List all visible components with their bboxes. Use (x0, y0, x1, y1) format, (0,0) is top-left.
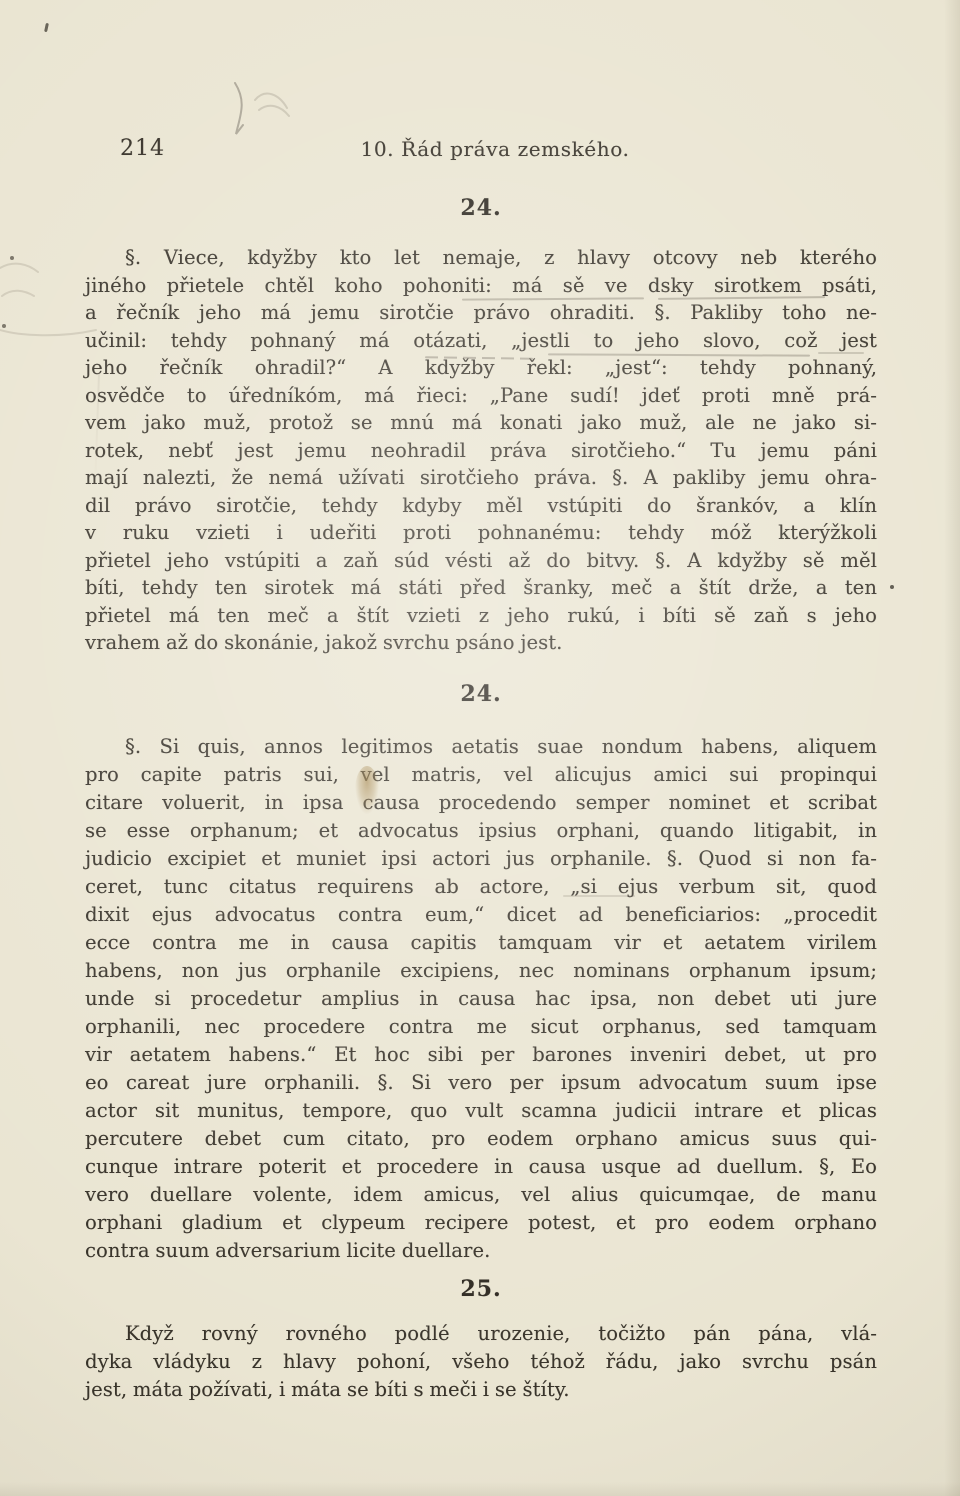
text-line: orphani gladium et clypeum recipere pote… (85, 1209, 877, 1237)
text-line: jest, máta požívati, i máta se bíti s me… (85, 1376, 877, 1404)
book-page: 214 10. Řád práva zemského. 24. §. Viece… (0, 0, 960, 1496)
page-edge-shadow-right (944, 0, 960, 1496)
text-line: osvědče to úředníkóm, má řieci: „Pane su… (85, 382, 877, 410)
text-line: §. Viece, kdyžby kto let nemaje, z hlavy… (85, 244, 877, 272)
text-line: se esse orphanum; et advocatus ipsius or… (85, 817, 877, 845)
text-line: unde si procedetur amplius in causa hac … (85, 985, 877, 1013)
text-line: contra suum adversarium licite duellare. (85, 1237, 877, 1265)
text-line: dil právo sirotčie, tehdy kdyby měl vstú… (85, 492, 877, 520)
margin-pencil-scribble (0, 238, 110, 348)
text-line: a řečník jeho má jemu sirotčie právo ohr… (85, 299, 877, 327)
pencil-underline-mark (818, 352, 864, 354)
text-line: judicio excipiet et muniet ipsi actori j… (85, 845, 877, 873)
text-line: vem jako muž, protož se mnú má konati ja… (85, 409, 877, 437)
pencil-underline-mark (563, 895, 635, 897)
ink-stain (355, 766, 379, 814)
paragraph-czech-24: §. Viece, kdyžby kto let nemaje, z hlavy… (85, 244, 877, 657)
text-line: dyka vládyku z hlavy pohoní, všeho téhož… (85, 1348, 877, 1376)
text-line: orphanili, nec procedere contra me sicut… (85, 1013, 877, 1041)
section-heading-25: 25. (85, 1276, 877, 1302)
text-line: vrahem až do skonánie, jakož svrchu psán… (85, 629, 877, 657)
text-line: vir aetatem habens.“ Et hoc sibi per bar… (85, 1041, 877, 1069)
text-line: přietel jeho vstúpiti a zaň súd vésti až… (85, 547, 877, 575)
text-line: pro capite patris sui, vel matris, vel a… (85, 761, 877, 789)
text-line: habens, non jus orphanile excipiens, nec… (85, 957, 877, 985)
text-line: §. Si quis, annos legitimos aetatis suae… (85, 733, 877, 761)
text-line: mají nalezti, že nemá užívati sirotčieho… (85, 464, 877, 492)
section-heading-24-latin: 24. (85, 681, 877, 707)
text-line: citare voluerit, in ipsa causa procedend… (85, 789, 877, 817)
text-line: přietel má ten meč a štít vzieti z jeho … (85, 602, 877, 630)
text-line: ecce contra me in causa capitis tamquam … (85, 929, 877, 957)
text-line: vero duellare volente, idem amicus, vel … (85, 1181, 877, 1209)
text-line: percutere debet cum citato, pro eodem or… (85, 1125, 877, 1153)
stray-ink-dot (890, 585, 894, 589)
text-line: rotek, nebť jest jemu neohradil práva si… (85, 437, 877, 465)
text-line: cunque intrare poterit et procedere in c… (85, 1153, 877, 1181)
pencil-squiggle-mark (225, 80, 297, 146)
text-line: dixit ejus advocatus contra eum,“ dicet … (85, 901, 877, 929)
page-edge-shadow-bottom (0, 1482, 960, 1496)
stray-tick-mark (44, 23, 48, 32)
section-heading-24-czech: 24. (85, 195, 877, 221)
text-line: jiného přietele chtěl koho pohoniti: má … (85, 272, 877, 300)
running-title: 10. Řád práva zemského. (99, 137, 891, 161)
text-line: actor sit munitus, tempore, quo vult sca… (85, 1097, 877, 1125)
text-line: eo careat jure orphanili. §. Si vero per… (85, 1069, 877, 1097)
text-line: Když rovný rovného podlé urozenie, točiž… (85, 1320, 877, 1348)
text-line: ceret, tunc citatus requirens ab actore,… (85, 873, 877, 901)
paragraph-czech-25: Když rovný rovného podlé urozenie, točiž… (85, 1320, 877, 1404)
text-line: učinil: tehdy pohnaný má otázati, „jestl… (85, 327, 877, 355)
text-line: bíti, tehdy ten sirotek má státi před šr… (85, 574, 877, 602)
text-line: v ruku vzieti i udeřiti proti pohnanému:… (85, 519, 877, 547)
paragraph-latin-24: §. Si quis, annos legitimos aetatis suae… (85, 733, 877, 1265)
